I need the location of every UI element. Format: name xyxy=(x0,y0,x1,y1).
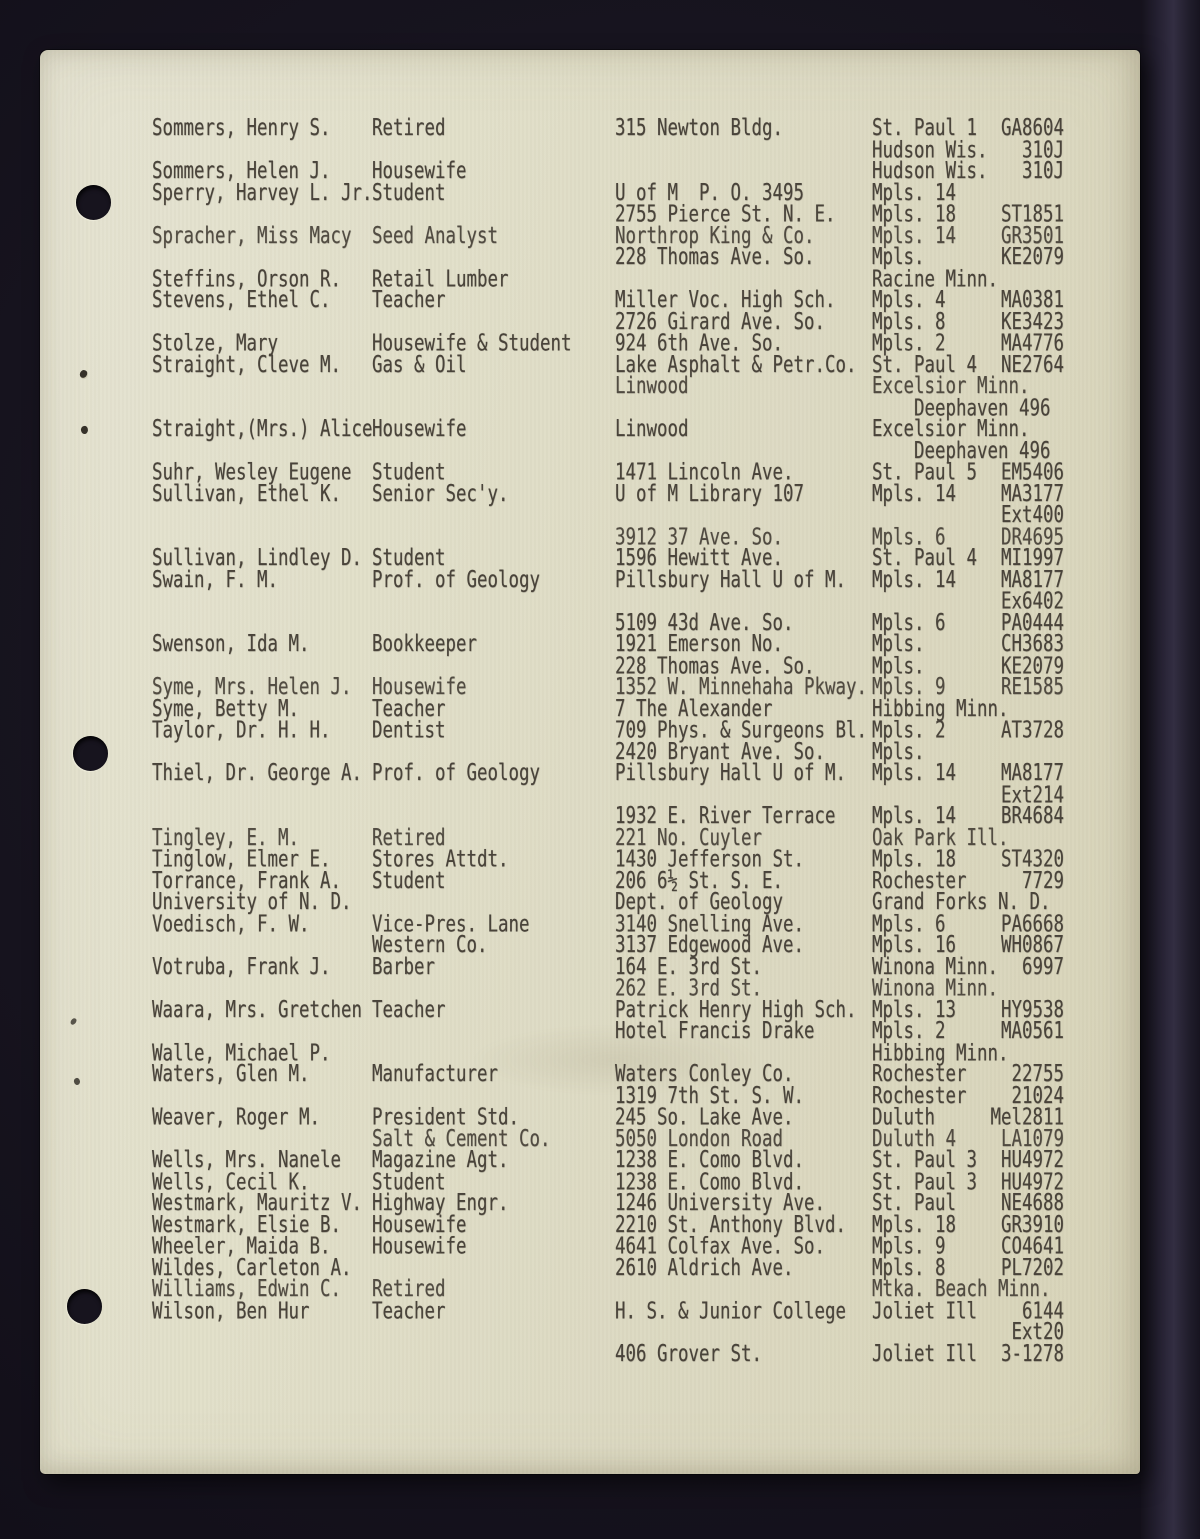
directory-row: Ext400 xyxy=(40,504,1140,526)
directory-row: Stevens, Ethel C. Teacher Miller Voc. Hi… xyxy=(40,289,1140,311)
directory-row: Ex6402 xyxy=(40,590,1140,612)
name-cell: Voedisch, F. W. xyxy=(152,913,309,935)
name-cell: Thiel, Dr. George A. xyxy=(152,762,362,784)
directory-row: Swenson, Ida M. Bookkeeper 1921 Emerson … xyxy=(40,633,1140,655)
directory-listing: Sommers, Henry S. Retired 315 Newton Bld… xyxy=(40,117,1140,1364)
occupation-cell: Seed Analyst xyxy=(372,225,498,247)
name-cell: Sperry, Harvey L. Jr. xyxy=(152,182,372,204)
directory-row: Thiel, Dr. George A. Prof. of Geology Pi… xyxy=(40,762,1140,784)
phone-cell: AT3728 xyxy=(916,719,1064,741)
name-cell: Sullivan, Ethel K. xyxy=(152,483,341,505)
directory-row: Waters, Glen M. Manufacturer Waters Conl… xyxy=(40,1063,1140,1085)
address-cell: 406 Grover St. xyxy=(615,1343,762,1365)
name-cell: Straight,(Mrs.) Alice xyxy=(152,418,372,440)
occupation-cell: Teacher xyxy=(372,289,445,311)
occupation-cell: Housewife xyxy=(372,418,466,440)
name-cell: Swain, F. M. xyxy=(152,569,278,591)
address-cell: Hotel Francis Drake xyxy=(615,1020,814,1042)
occupation-cell: Manufacturer xyxy=(372,1063,498,1085)
address-cell: Linwood xyxy=(615,375,688,397)
occupation-cell: Student xyxy=(372,182,445,204)
directory-row: Weaver, Roger M. President Std. 245 So. … xyxy=(40,1106,1140,1128)
scanned-directory-photo: { "directory": { "rows": [ {"name":"Somm… xyxy=(0,0,1200,1539)
name-cell: Spracher, Miss Macy xyxy=(152,225,351,247)
name-cell: Waters, Glen M. xyxy=(152,1063,309,1085)
address-cell: 2610 Aldrich Ave. xyxy=(615,1257,793,1279)
occupation-cell: Bookkeeper xyxy=(372,633,477,655)
name-cell: Swenson, Ida M. xyxy=(152,633,309,655)
directory-row: Wilson, Ben Hur Teacher H. S. & Junior C… xyxy=(40,1300,1140,1322)
occupation-cell: Senior Sec'y. xyxy=(372,483,508,505)
directory-row: Swain, F. M. Prof. of Geology Pillsbury … xyxy=(40,569,1140,591)
occupation-cell: Prof. of Geology xyxy=(372,762,540,784)
name-cell: Waara, Mrs. Gretchen xyxy=(152,999,362,1021)
directory-row: Sperry, Harvey L. Jr. Student U of M P. … xyxy=(40,182,1140,204)
occupation-cell: Housewife xyxy=(372,1235,466,1257)
address-cell: U of M Library 107 xyxy=(615,483,804,505)
address-cell: Linwood xyxy=(615,418,688,440)
occupation-cell: Prof. of Geology xyxy=(372,569,540,591)
directory-row: Waara, Mrs. Gretchen Teacher Patrick Hen… xyxy=(40,999,1140,1021)
address-cell: 228 Thomas Ave. So. xyxy=(615,246,814,268)
phone-cell: 3-1278 xyxy=(916,1343,1064,1365)
binder-spine-edge xyxy=(1141,0,1200,1539)
address-cell: Pillsbury Hall U of M. xyxy=(615,762,846,784)
occupation-cell: Dentist xyxy=(372,719,445,741)
name-cell: Sommers, Henry S. xyxy=(152,117,330,139)
address-cell: 315 Newton Bldg. xyxy=(615,117,783,139)
name-cell: Weaver, Roger M. xyxy=(152,1106,320,1128)
occupation-cell: Teacher xyxy=(372,999,445,1021)
directory-row: 406 Grover St. Joliet Ill 3-1278 xyxy=(40,1343,1140,1365)
name-cell: Taylor, Dr. H. H. xyxy=(152,719,330,741)
address-cell: Pillsbury Hall U of M. xyxy=(615,569,846,591)
address-cell: H. S. & Junior College xyxy=(615,1300,846,1322)
name-cell: Wilson, Ben Hur xyxy=(152,1300,309,1322)
name-cell: Stevens, Ethel C. xyxy=(152,289,330,311)
occupation-cell: Barber xyxy=(372,956,435,978)
directory-row: Taylor, Dr. H. H. Dentist 709 Phys. & Su… xyxy=(40,719,1140,741)
occupation-cell: Teacher xyxy=(372,1300,445,1322)
name-cell: Votruba, Frank J. xyxy=(152,956,330,978)
directory-row: Sullivan, Ethel K. Senior Sec'y. U of M … xyxy=(40,483,1140,505)
occupation-cell: Gas & Oil xyxy=(372,354,466,376)
directory-row: Spracher, Miss Macy Seed Analyst Northro… xyxy=(40,225,1140,247)
name-cell: Straight, Cleve M. xyxy=(152,354,341,376)
occupation-cell: Student xyxy=(372,870,445,892)
paper-page: Sommers, Henry S. Retired 315 Newton Bld… xyxy=(40,50,1140,1474)
directory-row: Voedisch, F. W. Vice-Pres. Lane 3140 Sne… xyxy=(40,913,1140,935)
occupation-cell: Retired xyxy=(372,117,445,139)
directory-row: Ext214 xyxy=(40,784,1140,806)
